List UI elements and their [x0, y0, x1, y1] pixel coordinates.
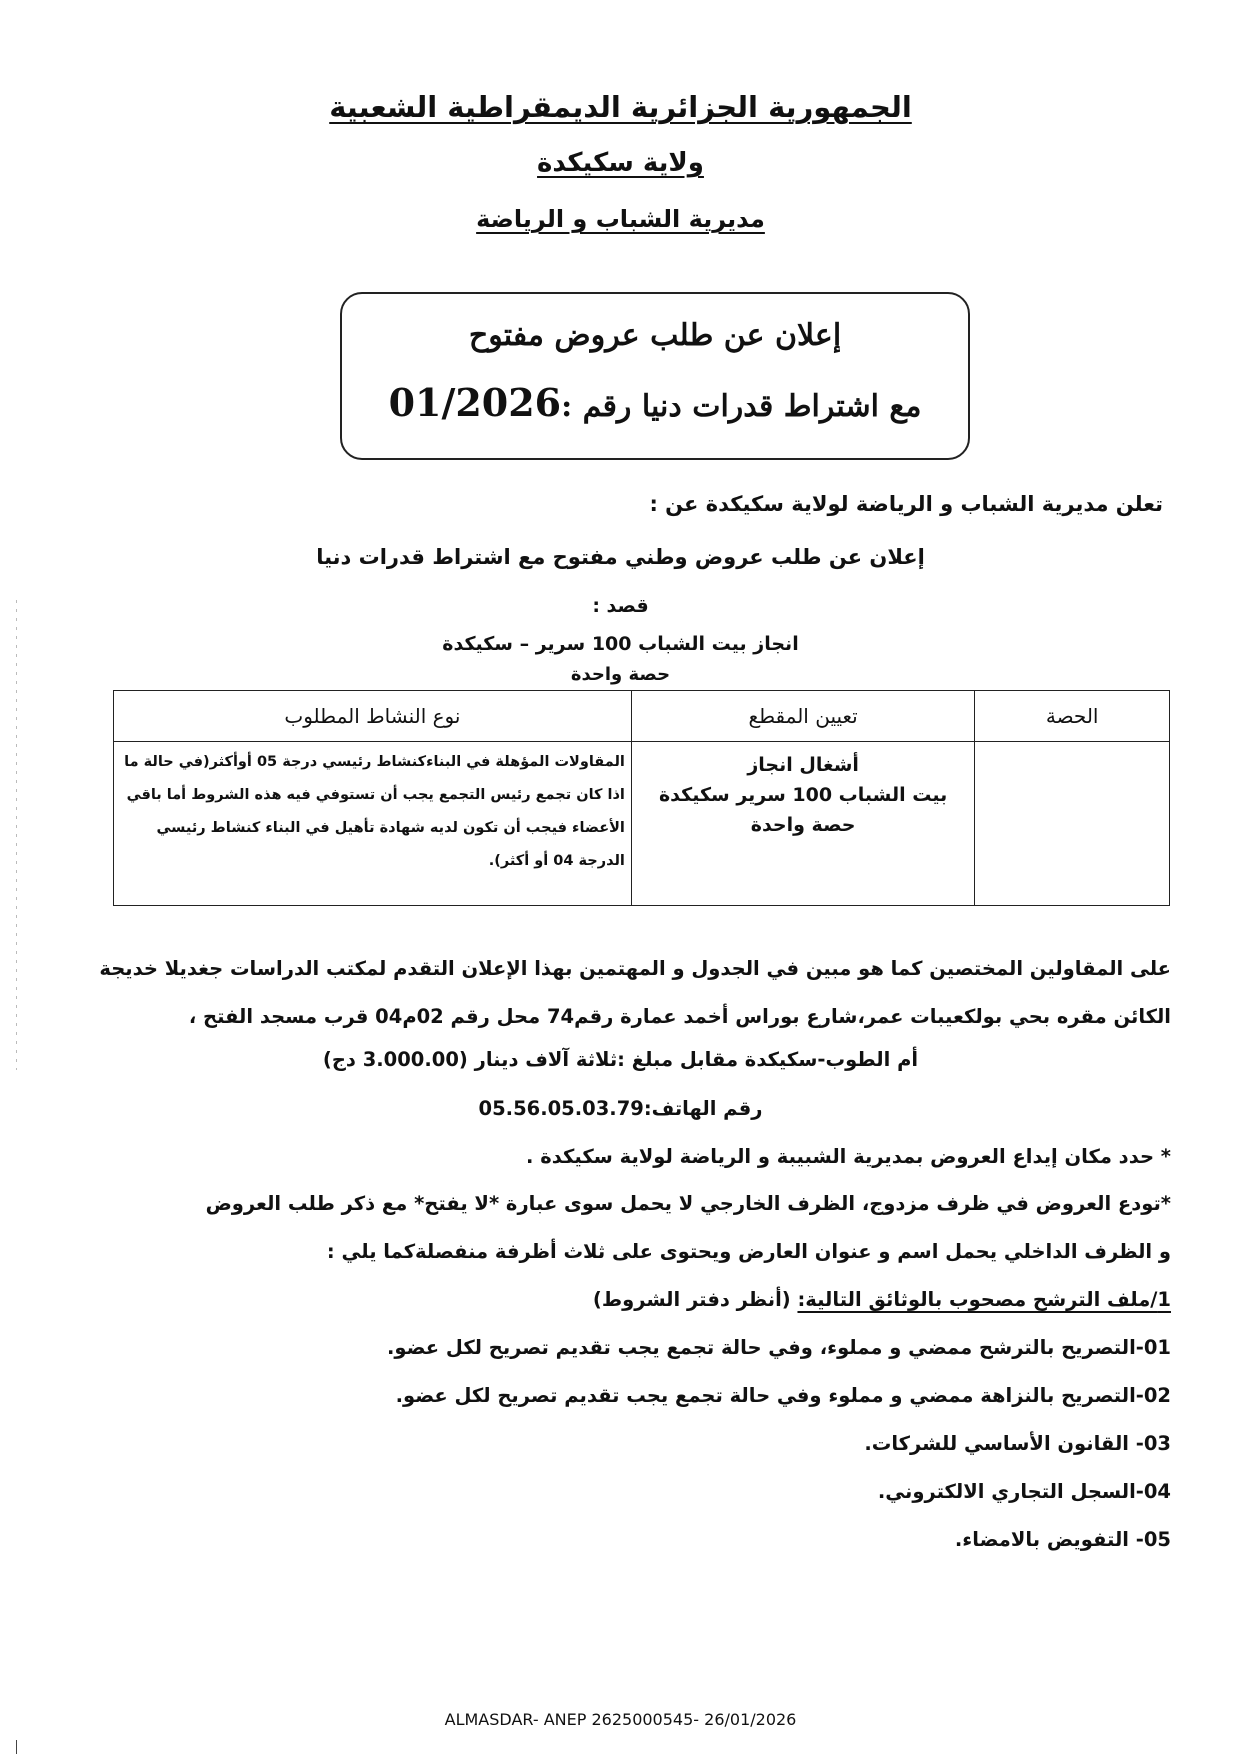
document-item: 03- القانون الأساسي للشركات.: [864, 1432, 1171, 1455]
designation-line: أشغال انجاز: [633, 750, 973, 780]
announcement-title: إعلان عن طلب عروض مفتوح: [342, 318, 968, 353]
col-header-designation: تعيين المقطع: [631, 691, 974, 742]
cell-activity: المقاولات المؤهلة في البناءكنشاط رئيسي د…: [114, 742, 632, 906]
phone-label: رقم الهاتف:: [644, 1097, 763, 1120]
lots-table: الحصة تعيين المقطع نوع النشاط المطلوب أش…: [113, 690, 1170, 906]
designation-line: حصة واحدة: [633, 810, 973, 840]
lot-count: حصة واحدة: [0, 664, 1241, 685]
announcement-subtitle: مع اشتراط قدرات دنيا رقم :01/2026: [342, 380, 968, 425]
issuer-line: تعلن مديرية الشباب و الرياضة لولاية سكيك…: [649, 492, 1163, 516]
header-country: الجمهورية الجزائرية الديمقراطية الشعبية: [0, 90, 1241, 124]
document-item: 01-التصريح بالترشح ممضي و مملوء، وفي حال…: [387, 1336, 1171, 1359]
cell-lot: [975, 742, 1170, 906]
table-row: أشغال انجاز بيت الشباب 100 سرير سكيكدة ح…: [114, 742, 1170, 906]
footer-reference: ALMASDAR- ANEP 2625000545- 26/01/2026: [0, 1710, 1241, 1729]
announcement-box: إعلان عن طلب عروض مفتوح مع اشتراط قدرات …: [340, 292, 970, 460]
file-heading-note: (أنظر دفتر الشروط): [593, 1288, 798, 1311]
purpose-label: قصد :: [0, 595, 1241, 617]
document-item: 05- التفويض بالامضاء.: [955, 1528, 1171, 1551]
document-item: 04-السجل التجاري الالكتروني.: [878, 1480, 1171, 1503]
phone-line: رقم الهاتف:05.56.05.03.79: [0, 1097, 1241, 1120]
scan-edge-mark: [16, 1740, 17, 1754]
col-header-activity: نوع النشاط المطلوب: [114, 691, 632, 742]
deposit-place: * حدد مكان إيداع العروض بمديرية الشبيبة …: [526, 1145, 1171, 1168]
header-wilaya: ولاية سكيكدة: [0, 148, 1241, 178]
table-header-row: الحصة تعيين المقطع نوع النشاط المطلوب: [114, 691, 1170, 742]
document-page: الجمهورية الجزائرية الديمقراطية الشعبية …: [0, 0, 1241, 1754]
file-heading-text: 1/ملف الترشح مصحوب بالوثائق التالية:: [797, 1288, 1171, 1311]
col-header-lot: الحصة: [975, 691, 1170, 742]
phone-number: 05.56.05.03.79: [479, 1097, 644, 1120]
designation-line: بيت الشباب 100 سرير سكيكدة: [633, 780, 973, 810]
fee-line: أم الطوب-سكيكدة مقابل مبلغ :ثلاثة آلاف د…: [0, 1048, 1241, 1071]
envelope-instruction-2: و الظرف الداخلي يحمل اسم و عنوان العارض …: [327, 1240, 1171, 1263]
file-heading: 1/ملف الترشح مصحوب بالوثائق التالية: (أن…: [593, 1288, 1171, 1311]
header-directorate: مديرية الشباب و الرياضة: [0, 205, 1241, 233]
announcement-subtitle-text: مع اشتراط قدرات دنيا رقم :: [561, 389, 921, 424]
document-item: 02-التصريح بالنزاهة ممضي و مملوء وفي حال…: [396, 1384, 1171, 1407]
notice-type: إعلان عن طلب عروض وطني مفتوح مع اشتراط ق…: [0, 545, 1241, 569]
contractors-paragraph: على المقاولين المختصين كما هو مبين في ال…: [71, 945, 1171, 1041]
announcement-number: 01/2026: [389, 380, 562, 425]
envelope-instruction-1: *تودع العروض في ظرف مزدوج، الظرف الخارجي…: [206, 1192, 1171, 1215]
project-title: انجاز بيت الشباب 100 سرير – سكيكدة: [0, 633, 1241, 655]
cell-designation: أشغال انجاز بيت الشباب 100 سرير سكيكدة ح…: [631, 742, 974, 906]
